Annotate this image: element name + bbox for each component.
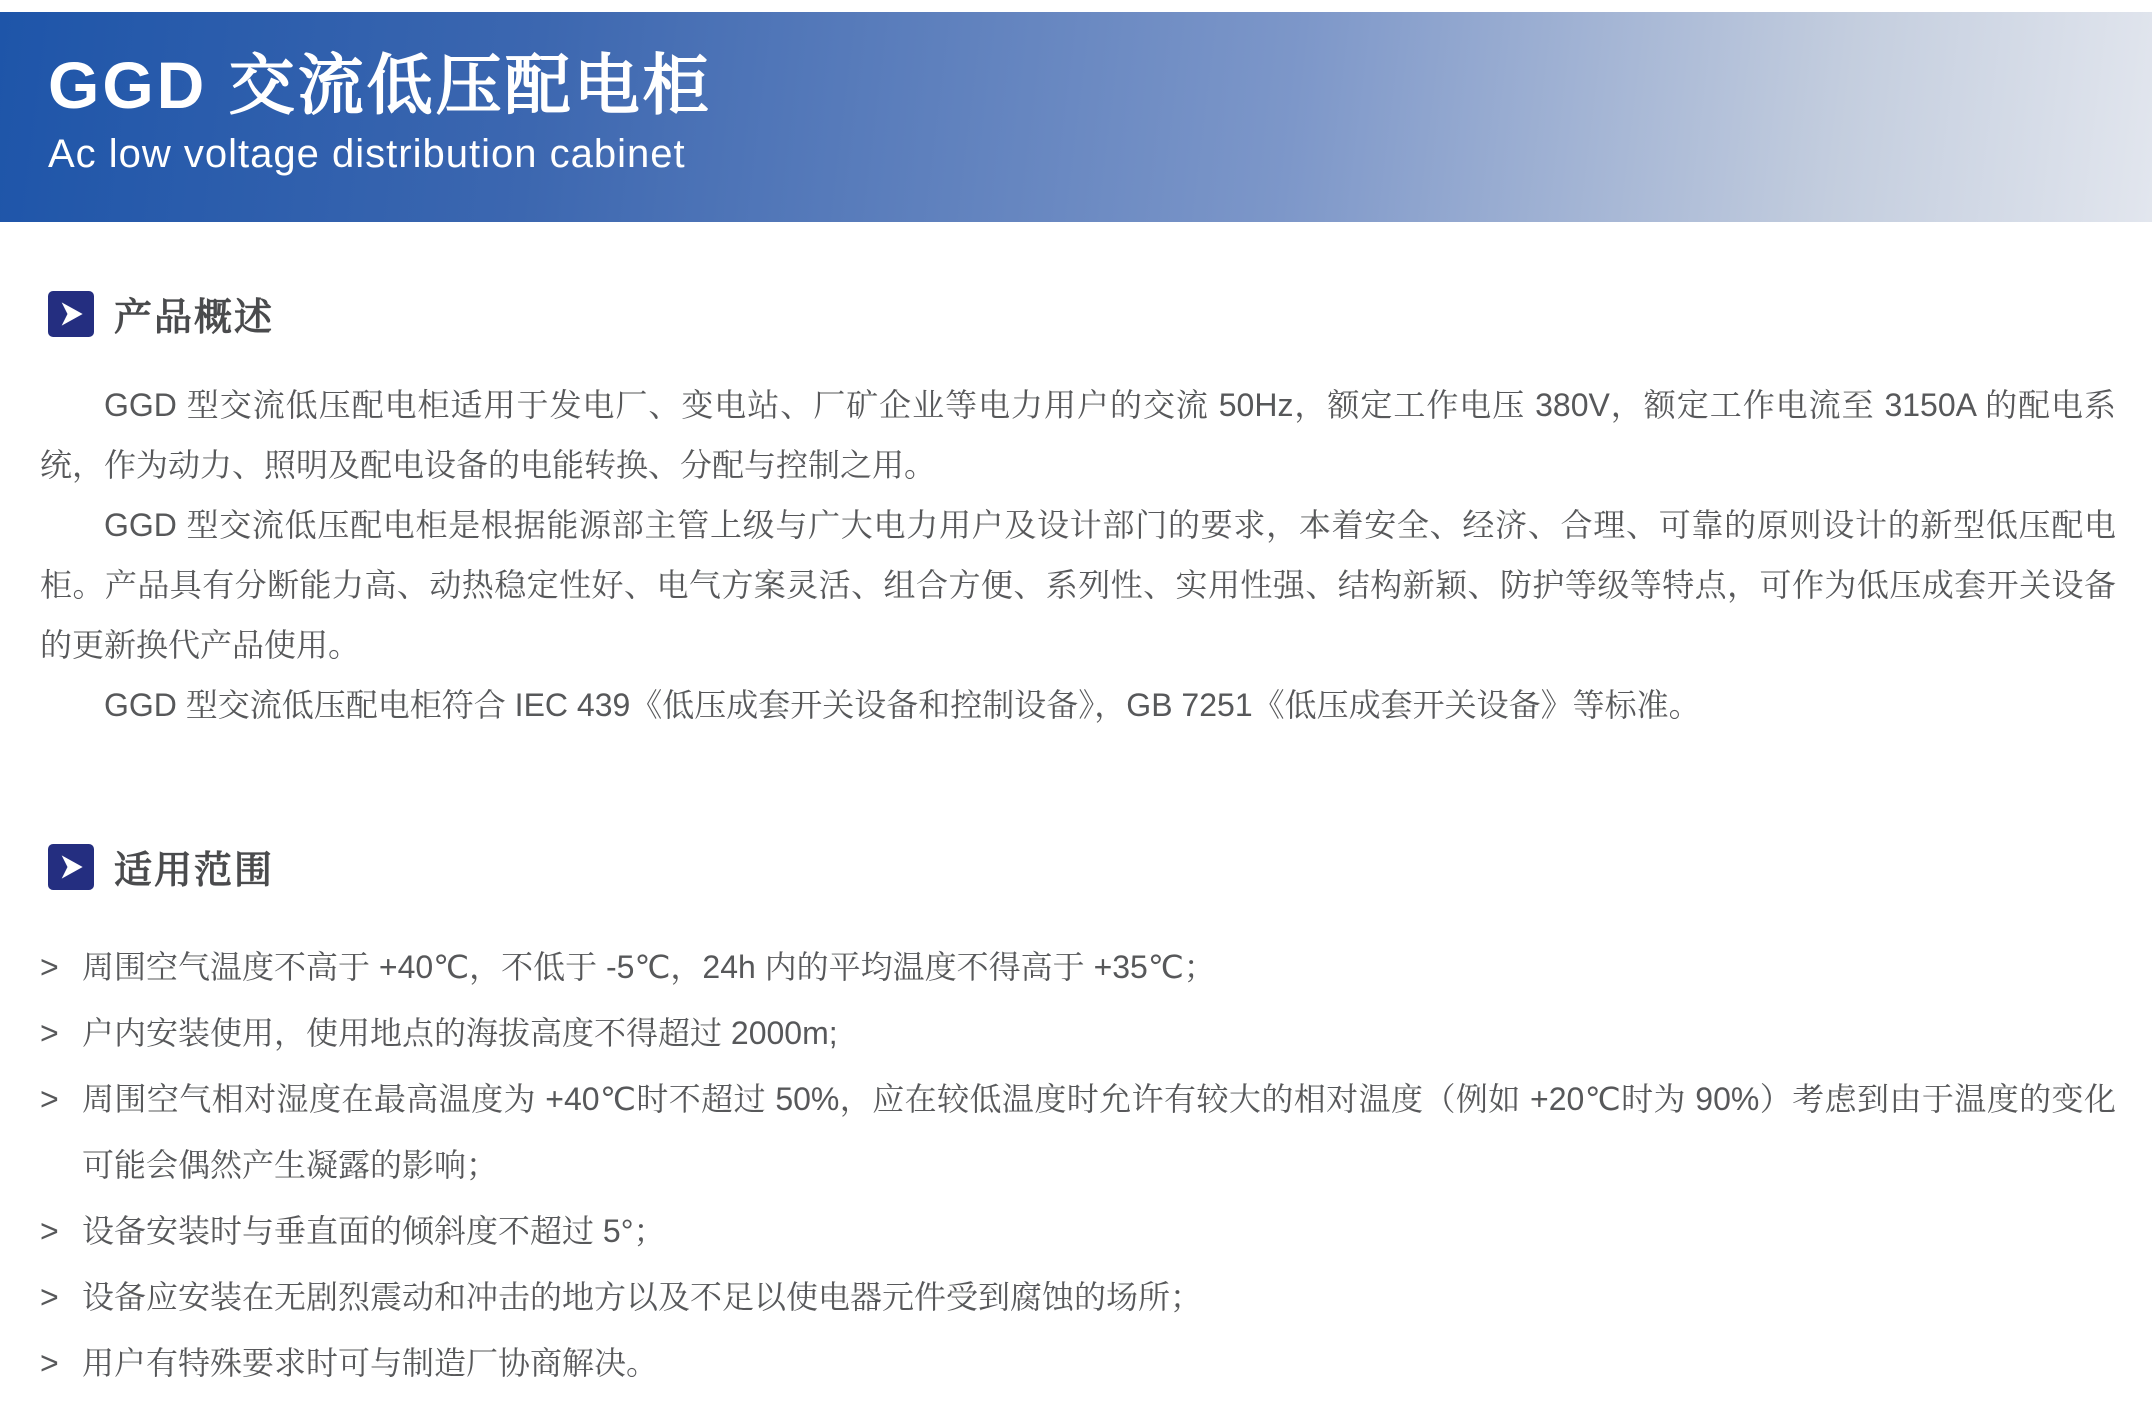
- bullet-marker: >: [40, 1330, 59, 1396]
- list-item-text: 周围空气相对湿度在最高温度为 +40℃时不超过 50%，应在较低温度时允许有较大…: [82, 1081, 2116, 1183]
- arrow-right-icon: [48, 844, 94, 890]
- list-item: > 户内安装使用，使用地点的海拔高度不得超过 2000m;: [40, 1000, 2116, 1066]
- list-item: > 周围空气温度不高于 +40℃，不低于 -5℃，24h 内的平均温度不得高于 …: [40, 934, 2116, 1000]
- list-item-text: 户内安装使用，使用地点的海拔高度不得超过 2000m;: [82, 1015, 838, 1051]
- page-subtitle: Ac low voltage distribution cabinet: [48, 130, 2152, 178]
- bullet-marker: >: [40, 1066, 59, 1132]
- overview-paragraph: GGD 型交流低压配电柜是根据能源部主管上级与广大电力用户及设计部门的要求，本着…: [40, 495, 2116, 675]
- section-title-scope: 适用范围: [114, 839, 274, 894]
- bullet-marker: >: [40, 1264, 59, 1330]
- page-banner: GGD 交流低压配电柜 Ac low voltage distribution …: [0, 12, 2152, 222]
- overview-paragraph: GGD 型交流低压配电柜符合 IEC 439《低压成套开关设备和控制设备》，GB…: [40, 675, 2116, 735]
- section-heading-scope: 适用范围: [48, 839, 2152, 894]
- list-item-text: 周围空气温度不高于 +40℃，不低于 -5℃，24h 内的平均温度不得高于 +3…: [82, 949, 1216, 985]
- section-heading-overview: 产品概述: [48, 286, 2152, 341]
- section-title-overview: 产品概述: [114, 286, 274, 341]
- scope-list: > 周围空气温度不高于 +40℃，不低于 -5℃，24h 内的平均温度不得高于 …: [40, 934, 2116, 1396]
- bullet-marker: >: [40, 1198, 59, 1264]
- list-item-text: 用户有特殊要求时可与制造厂协商解决。: [82, 1345, 658, 1381]
- catalog-page: GGD 交流低压配电柜 Ac low voltage distribution …: [0, 0, 2152, 1421]
- page-body: 产品概述 GGD 型交流低压配电柜适用于发电厂、变电站、厂矿企业等电力用户的交流…: [0, 222, 2152, 1396]
- overview-paragraph: GGD 型交流低压配电柜适用于发电厂、变电站、厂矿企业等电力用户的交流 50Hz…: [40, 375, 2116, 495]
- bullet-marker: >: [40, 1000, 59, 1066]
- list-item: > 周围空气相对湿度在最高温度为 +40℃时不超过 50%，应在较低温度时允许有…: [40, 1066, 2116, 1198]
- list-item: > 设备应安装在无剧烈震动和冲击的地方以及不足以使电器元件受到腐蚀的场所；: [40, 1264, 2116, 1330]
- overview-paragraphs: GGD 型交流低压配电柜适用于发电厂、变电站、厂矿企业等电力用户的交流 50Hz…: [40, 375, 2116, 735]
- list-item-text: 设备应安装在无剧烈震动和冲击的地方以及不足以使电器元件受到腐蚀的场所；: [82, 1279, 1202, 1315]
- list-item: > 设备安装时与垂直面的倾斜度不超过 5°；: [40, 1198, 2116, 1264]
- bullet-marker: >: [40, 934, 59, 1000]
- page-title: GGD 交流低压配电柜: [48, 46, 2152, 124]
- list-item-text: 设备安装时与垂直面的倾斜度不超过 5°；: [82, 1213, 666, 1249]
- list-item: > 用户有特殊要求时可与制造厂协商解决。: [40, 1330, 2116, 1396]
- arrow-right-icon: [48, 291, 94, 337]
